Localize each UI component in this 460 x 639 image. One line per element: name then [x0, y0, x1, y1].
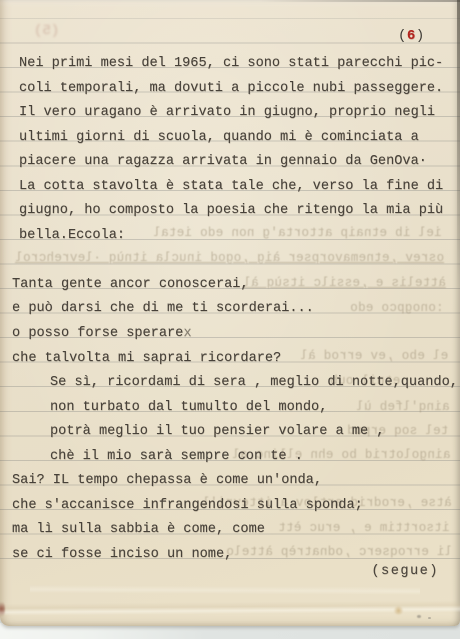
- poem-line-indented: non turbato dal tumulto del mondo,: [19, 396, 460, 421]
- paper-crease: [0, 600, 460, 615]
- continuation-note: (segue): [371, 564, 439, 579]
- page-edge-shadow-top: [260, 0, 460, 2]
- overstruck-character: x: [183, 326, 191, 341]
- scan-stage: (5) iel ib etnaip attorta'g non edo ieta…: [0, 0, 460, 639]
- typed-line: coli temporali, ma dovuti a piccole nubi…: [19, 77, 460, 102]
- paper-crease: [30, 585, 420, 595]
- poem-line: Tanta gente ancor conoscerai,: [12, 273, 460, 298]
- poem-line: ma lì sulla sabbia è come, come: [12, 518, 460, 543]
- typed-text-block: Nei primi mesi del 1965, ci sono stati p…: [19, 52, 460, 567]
- poem-line-indented: potrà meglio il tuo pensier volare a me …: [19, 420, 460, 445]
- ruled-line-top: [0, 18, 460, 19]
- poem-line-indented: Se sì, ricordami di sera , meglio di not…: [19, 371, 460, 396]
- typed-line: bella.Eccola:: [19, 224, 460, 249]
- page-number-digit: 6: [407, 28, 416, 44]
- typed-line: ultimi giorni di scuola, quando mi è com…: [19, 126, 460, 151]
- typed-line: Nei primi mesi del 1965, ci sono stati p…: [19, 52, 460, 77]
- typewritten-page: (5) iel ib etnaip attorta'g non edo ieta…: [0, 0, 460, 626]
- typed-line: Il vero uragano è arrivato in giugno, pr…: [19, 101, 460, 126]
- paper-stain: [393, 606, 404, 615]
- page-number-close-paren: ): [416, 28, 425, 44]
- page-number: (6): [398, 28, 425, 44]
- paper-speck: [428, 617, 431, 619]
- poem-line: che talvolta mi saprai ricordare?: [12, 347, 460, 372]
- page-number-open-paren: (: [398, 28, 407, 44]
- poem-line: e può darsi che di me ti scorderai...: [12, 297, 460, 322]
- typed-line: La cotta stavolta è stata tale che, vers…: [19, 175, 460, 200]
- typed-line: piacere una ragazza arrivata in gennaio …: [19, 150, 460, 175]
- poem-line-indented: chè il mio sarà sempre con te .: [19, 445, 460, 470]
- poem-line-text: o posso forse sperare: [12, 326, 183, 341]
- poem-line: che s'accanisce infrangendosi sulla spon…: [12, 494, 460, 519]
- typed-line: giugno, ho composto la poesia che riteng…: [19, 199, 460, 224]
- bleedthrough-page-number: (5): [34, 23, 59, 39]
- paper-speck: [417, 615, 421, 618]
- poem-line: o posso forse sperarex: [12, 322, 460, 347]
- poem-line: Sai? IL tempo chepassa è come un'onda,: [12, 469, 460, 494]
